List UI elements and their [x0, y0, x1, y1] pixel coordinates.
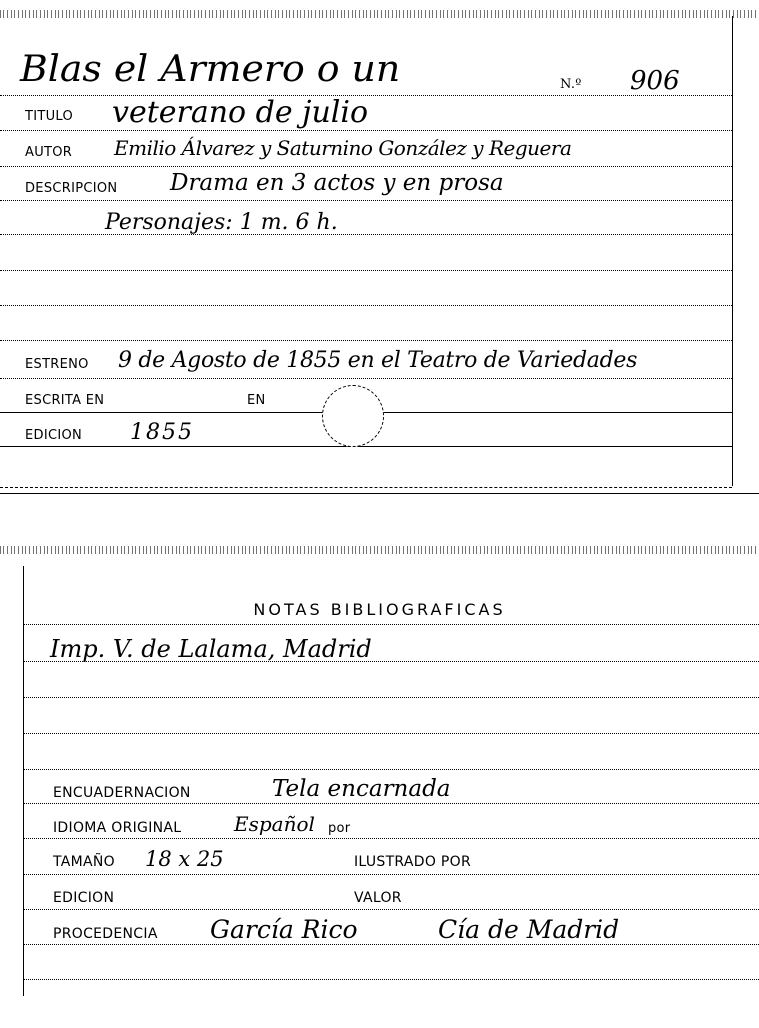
tamano-value: 18 x 25	[145, 849, 224, 870]
rule	[23, 909, 759, 910]
rule	[23, 838, 759, 839]
divider	[0, 493, 759, 494]
edicion-back-label: EDICION	[53, 891, 114, 905]
rule	[23, 944, 759, 945]
rule	[0, 234, 732, 235]
rule	[23, 697, 759, 698]
card-front-bottom-edge	[0, 487, 732, 488]
rule	[23, 874, 759, 875]
ilustrado-por-label: ILUSTRADO POR	[354, 855, 471, 869]
titulo-value: veterano de julio	[112, 98, 368, 128]
descripcion-value: Drama en 3 actos y en prosa	[170, 172, 504, 195]
rule	[0, 305, 732, 306]
estreno-label: ESTRENO	[25, 358, 89, 371]
rule	[23, 624, 759, 625]
rule	[23, 661, 759, 662]
edicion-label: EDICION	[25, 429, 82, 442]
titulo-label: TITULO	[25, 110, 73, 123]
rule	[23, 803, 759, 804]
rule	[23, 733, 759, 734]
title-line-1: Blas el Armero o un	[20, 52, 400, 88]
rule	[0, 340, 732, 341]
tamano-label: TAMAÑO	[53, 855, 115, 869]
number-label: N.º	[560, 78, 582, 91]
idioma-original-value: Español	[234, 814, 315, 834]
rule	[23, 979, 759, 980]
autor-label: AUTOR	[25, 146, 72, 159]
number-value: 906	[630, 68, 680, 94]
procedencia-value: García Rico	[210, 917, 358, 942]
rule	[0, 446, 732, 447]
rule	[0, 130, 732, 131]
procedencia-label: PROCEDENCIA	[53, 927, 158, 941]
notes-line-1: Imp. V. de Lalama, Madrid	[50, 637, 372, 661]
personajes-value: Personajes: 1 m. 6 h.	[105, 212, 338, 234]
escrita-en-label: ESCRITA EN	[25, 394, 104, 407]
idioma-original-label: IDIOMA ORIGINAL	[53, 821, 181, 835]
estreno-value: 9 de Agosto de 1855 en el Teatro de Vari…	[118, 350, 637, 372]
scan-edge-top	[0, 546, 759, 554]
valor-label: VALOR	[354, 891, 402, 905]
encuadernacion-value: Tela encarnada	[272, 778, 451, 801]
procedencia-value-2: Cía de Madrid	[438, 917, 619, 942]
card-back-left-border	[23, 566, 24, 996]
scan-edge-top	[0, 10, 759, 18]
rule	[0, 378, 732, 379]
rule	[23, 769, 759, 770]
rule	[0, 166, 732, 167]
encuadernacion-label: ENCUADERNACION	[53, 786, 191, 800]
rule	[0, 270, 732, 271]
en-label: EN	[247, 394, 266, 407]
edicion-value: 1855	[130, 422, 194, 444]
rule	[0, 200, 732, 201]
autor-value: Emilio Álvarez y Saturnino González y Re…	[114, 138, 571, 158]
card-front-right-border	[732, 16, 733, 486]
descripcion-label: DESCRIPCION	[25, 182, 117, 195]
idioma-por-label: por	[328, 822, 350, 835]
punch-hole	[322, 385, 384, 447]
notas-heading: NOTAS BIBLIOGRAFICAS	[0, 602, 759, 618]
